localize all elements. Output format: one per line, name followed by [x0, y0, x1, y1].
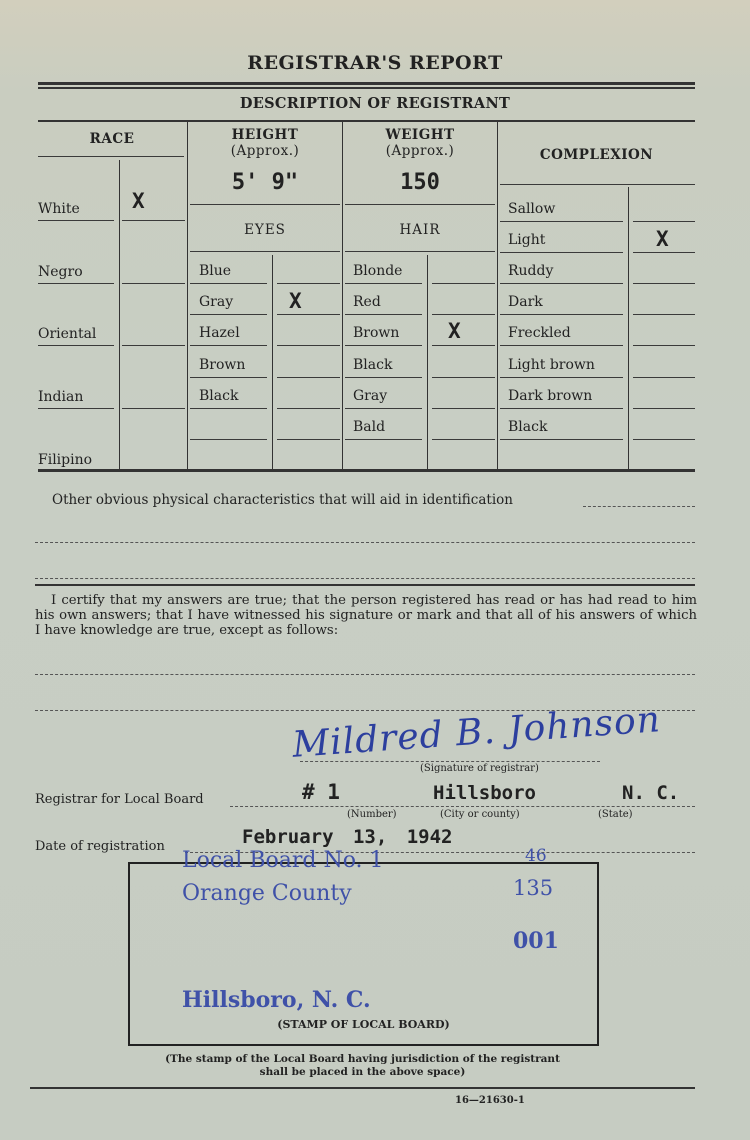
complexion-option: Ruddy	[508, 263, 553, 279]
row-rule	[345, 439, 422, 440]
row-rule	[633, 252, 695, 253]
race-heading: RACE	[38, 131, 186, 147]
race-option: Oriental	[38, 326, 96, 342]
eyes-heading-rule	[190, 251, 340, 252]
table-bottom-rule	[38, 469, 695, 472]
section-rule	[35, 584, 695, 586]
hair-option: Black	[353, 357, 392, 373]
row-rule	[277, 314, 340, 315]
row-rule	[500, 408, 623, 409]
row-rule	[277, 283, 340, 284]
race-mark-divider	[119, 160, 120, 470]
row-rule	[190, 314, 267, 315]
row-rule	[432, 283, 495, 284]
row-rule	[190, 439, 267, 440]
row-rule	[122, 283, 185, 284]
height-value: 5' 9"	[188, 170, 342, 195]
row-rule	[190, 283, 267, 284]
row-rule	[190, 345, 267, 346]
complexion-mark[interactable]: X	[656, 227, 669, 251]
hair-option: Bald	[353, 419, 385, 435]
eyes-option: Hazel	[199, 325, 240, 341]
height-approx: (Approx.)	[188, 143, 342, 159]
other-characteristics-line-2[interactable]	[35, 542, 695, 543]
row-rule	[432, 345, 495, 346]
row-rule	[345, 345, 422, 346]
row-rule	[633, 345, 695, 346]
signature-line[interactable]	[300, 761, 600, 762]
stamp-line-1: Local Board No. 1	[182, 848, 384, 873]
row-rule	[633, 314, 695, 315]
stamp-note-line-2: shall be placed in the above space)	[110, 1066, 615, 1079]
row-rule	[122, 345, 185, 346]
local-board-label: Registrar for Local Board	[35, 792, 204, 807]
complexion-option: Freckled	[508, 325, 571, 341]
hair-option: Gray	[353, 388, 387, 404]
eyes-heading: EYES	[188, 222, 342, 238]
row-rule	[633, 439, 695, 440]
stamp-line-2-number: 135	[513, 876, 553, 900]
race-heading-rule	[38, 156, 184, 157]
signature-caption: (Signature of registrar)	[420, 763, 539, 774]
complexion-option: Black	[508, 419, 547, 435]
race-option: Negro	[38, 264, 83, 280]
complexion-option: Sallow	[508, 201, 555, 217]
row-rule	[38, 345, 114, 346]
row-rule	[500, 283, 623, 284]
eyes-option: Brown	[199, 357, 245, 373]
state-caption: (State)	[598, 809, 633, 820]
weight-heading: WEIGHT	[343, 127, 497, 143]
eyes-option: Black	[199, 388, 238, 404]
local-board-line	[230, 806, 695, 807]
report-title: REGISTRAR'S REPORT	[0, 52, 750, 74]
number-caption: (Number)	[347, 809, 397, 820]
row-rule	[345, 314, 422, 315]
row-rule	[277, 345, 340, 346]
race-mark[interactable]: X	[132, 189, 145, 213]
local-board-city[interactable]: Hillsboro	[433, 782, 536, 804]
row-rule	[345, 377, 422, 378]
stamp-line-2: Orange County	[182, 881, 352, 906]
row-rule	[345, 408, 422, 409]
certification-text: I certify that my answers are true; that…	[35, 593, 697, 638]
other-characteristics-label: Other obvious physical characteristics t…	[52, 492, 513, 508]
hair-option: Red	[353, 294, 381, 310]
complexion-heading-rule	[500, 184, 695, 185]
race-option: White	[38, 201, 80, 217]
hair-option: Brown	[353, 325, 399, 341]
complexion-mark-divider	[628, 187, 629, 470]
stamp-note-line-1: (The stamp of the Local Board having jur…	[110, 1053, 615, 1066]
section-title: DESCRIPTION OF REGISTRANT	[0, 95, 750, 112]
row-rule	[122, 220, 185, 221]
race-option: Filipino	[38, 452, 92, 468]
complexion-option: Light	[508, 232, 545, 248]
height-rule	[190, 204, 340, 205]
row-rule	[277, 408, 340, 409]
row-rule	[432, 314, 495, 315]
hair-heading: HAIR	[343, 222, 497, 238]
row-rule	[500, 377, 623, 378]
row-rule	[190, 408, 267, 409]
bottom-rule	[30, 1087, 695, 1089]
row-rule	[38, 220, 114, 221]
row-rule	[633, 408, 695, 409]
weight-value: 150	[343, 170, 497, 195]
hair-mark[interactable]: X	[448, 319, 461, 343]
other-characteristics-line-3[interactable]	[35, 578, 695, 579]
local-board-state[interactable]: N. C.	[622, 782, 679, 804]
form-number: 16—21630-1	[455, 1095, 525, 1106]
stamp-line-4: Hillsboro, N. C.	[182, 987, 371, 1013]
date-value[interactable]: February 13, 1942	[242, 826, 452, 848]
col-divider	[497, 122, 498, 470]
complexion-heading: COMPLEXION	[498, 147, 695, 163]
date-label: Date of registration	[35, 839, 165, 854]
row-rule	[190, 377, 267, 378]
row-rule	[345, 283, 422, 284]
eyes-option: Gray	[199, 294, 233, 310]
complexion-option: Light brown	[508, 357, 595, 373]
title-rule-2	[38, 87, 695, 89]
title-rule	[38, 82, 695, 85]
row-rule	[432, 408, 495, 409]
weight-rule	[345, 204, 495, 205]
local-board-number[interactable]: # 1	[302, 780, 340, 804]
row-rule	[38, 408, 114, 409]
race-option: Indian	[38, 389, 83, 405]
eyes-mark-divider	[272, 255, 273, 470]
stamp-line-3-number: 001	[513, 928, 559, 954]
row-rule	[277, 377, 340, 378]
row-rule	[432, 377, 495, 378]
row-rule	[500, 221, 623, 222]
hair-heading-rule	[345, 251, 495, 252]
exceptions-line-1[interactable]	[35, 674, 695, 675]
row-rule	[633, 377, 695, 378]
row-rule	[432, 439, 495, 440]
complexion-option: Dark brown	[508, 388, 592, 404]
row-rule	[500, 252, 623, 253]
complexion-option: Dark	[508, 294, 543, 310]
hair-option: Blonde	[353, 263, 402, 279]
row-rule	[500, 439, 623, 440]
height-heading: HEIGHT	[188, 127, 342, 143]
row-rule	[122, 408, 185, 409]
row-rule	[500, 314, 623, 315]
city-caption: (City or county)	[440, 809, 520, 820]
other-characteristics-field[interactable]	[583, 506, 695, 507]
eyes-mark[interactable]: X	[289, 289, 302, 313]
row-rule	[277, 439, 340, 440]
stamp-note: (The stamp of the Local Board having jur…	[110, 1053, 615, 1079]
row-rule	[633, 221, 695, 222]
section-rule	[38, 120, 695, 122]
row-rule	[633, 283, 695, 284]
stamp-line-1-number: 46	[525, 846, 547, 866]
hair-mark-divider	[427, 255, 428, 470]
weight-approx: (Approx.)	[343, 143, 497, 159]
stamp-caption: (STAMP OF LOCAL BOARD)	[128, 1018, 599, 1031]
row-rule	[38, 283, 114, 284]
eyes-option: Blue	[199, 263, 231, 279]
row-rule	[500, 345, 623, 346]
